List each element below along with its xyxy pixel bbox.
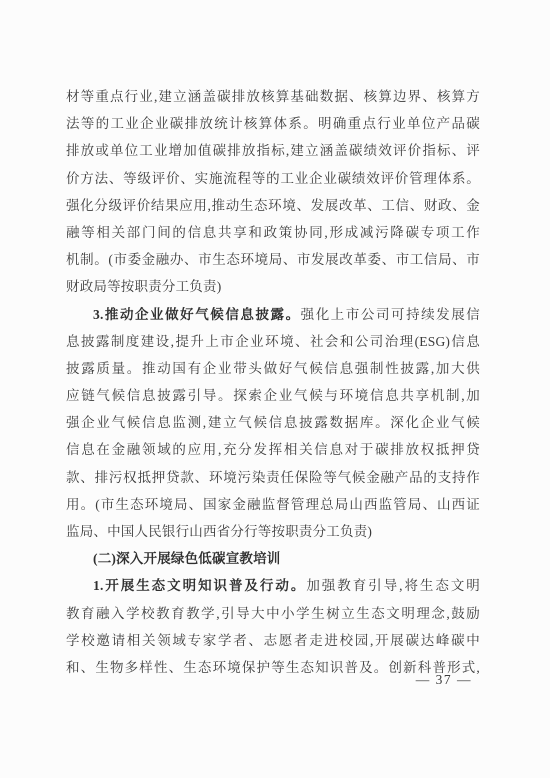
text-line: 信息在金融领域的应用,充分发挥相关信息对于碳排放权抵押贷 [66,436,480,463]
line-text: 监局、中国人民银行山西省分行等按职责分工负责) [66,524,372,539]
line-text: 排放或单位工业增加值碳排放指标,建立涵盖碳绩效评价指标、评 [66,143,480,158]
text-line: 强企业气候信息监测,建立气候信息披露数据库。深化企业气候 [66,409,480,436]
line-text: 材等重点行业,建立涵盖碳排放核算基础数据、核算边界、核算方 [66,89,480,104]
line-text: 款、排污权抵押贷款、环境污染责任保险等气候金融产品的支持作 [66,470,480,485]
section-heading-text: (二)深入开展绿色低碳宣教培训 [93,551,281,566]
text-line: 强化分级评价结果应用,推动生态环境、发展改革、工信、财政、金 [66,192,480,219]
line-text: 应链气候信息披露引导。探索企业气候与环境信息共享机制,加 [66,388,480,403]
line-text: 披露质量。推动国有企业带头做好气候信息强制性披露,加大供 [66,361,480,376]
document-page: 材等重点行业,建立涵盖碳排放核算基础数据、核算边界、核算方 法等的工业企业碳排放… [0,0,550,778]
text-line: 价方法、等级评价、实施流程等的工业企业碳绩效评价管理体系。 [66,165,480,192]
line-text: 用。(市生态环境局、国家金融监督管理总局山西监管局、山西证 [66,497,480,512]
text-line: 3.推动企业做好气候信息披露。强化上市公司可持续发展信 [66,301,480,328]
line-text: 教育融入学校教育教学,引导大中小学生树立生态文明理念,鼓励 [66,606,480,621]
text-line: 用。(市生态环境局、国家金融监督管理总局山西监管局、山西证 [66,491,480,518]
line-text: 融等相关部门间的信息共享和政策协同,形成减污降碳专项工作 [66,225,480,240]
line-text: 息披露制度建设,提升上市企业环境、社会和公司治理(ESG)信息 [66,334,480,349]
paragraph-lead: 1.开展生态文明知识普及行动。 [93,578,306,593]
text-line: 学校邀请相关领域专家学者、志愿者走进校园,开展碳达峰碳中 [66,627,480,654]
line-text: 法等的工业企业碳排放统计核算体系。明确重点行业单位产品碳 [66,116,480,131]
text-line: 监局、中国人民银行山西省分行等按职责分工负责) [66,518,480,545]
line-text: 财政局等按职责分工负责) [66,279,221,294]
line-text: 强化分级评价结果应用,推动生态环境、发展改革、工信、财政、金 [66,198,480,213]
text-line: 法等的工业企业碳排放统计核算体系。明确重点行业单位产品碳 [66,110,480,137]
text-line: 披露质量。推动国有企业带头做好气候信息强制性披露,加大供 [66,355,480,382]
text-line: 机制。(市委金融办、市生态环境局、市发展改革委、市工信局、市 [66,246,480,273]
line-text: 价方法、等级评价、实施流程等的工业企业碳绩效评价管理体系。 [66,171,480,186]
text-line: 1.开展生态文明知识普及行动。加强教育引导,将生态文明 [66,572,480,599]
line-text: 强企业气候信息监测,建立气候信息披露数据库。深化企业气候 [66,415,480,430]
text-line: 排放或单位工业增加值碳排放指标,建立涵盖碳绩效评价指标、评 [66,137,480,164]
line-text: 加强教育引导,将生态文明 [306,578,480,593]
paragraph-lead: 3.推动企业做好气候信息披露。 [93,307,301,322]
line-text: 强化上市公司可持续发展信 [301,307,480,322]
text-content: 材等重点行业,建立涵盖碳排放核算基础数据、核算边界、核算方 法等的工业企业碳排放… [66,83,480,681]
section-heading: (二)深入开展绿色低碳宣教培训 [66,545,480,572]
text-line: 融等相关部门间的信息共享和政策协同,形成减污降碳专项工作 [66,219,480,246]
page-number: — 37 — [416,672,472,688]
text-line: 应链气候信息披露引导。探索企业气候与环境信息共享机制,加 [66,382,480,409]
line-text: 学校邀请相关领域专家学者、志愿者走进校园,开展碳达峰碳中 [66,633,480,648]
text-line: 教育融入学校教育教学,引导大中小学生树立生态文明理念,鼓励 [66,600,480,627]
text-line: 材等重点行业,建立涵盖碳排放核算基础数据、核算边界、核算方 [66,83,480,110]
text-line: 财政局等按职责分工负责) [66,273,480,300]
line-text: 信息在金融领域的应用,充分发挥相关信息对于碳排放权抵押贷 [66,442,480,457]
text-line: 息披露制度建设,提升上市企业环境、社会和公司治理(ESG)信息 [66,328,480,355]
line-text: 机制。(市委金融办、市生态环境局、市发展改革委、市工信局、市 [66,252,480,267]
text-line: 款、排污权抵押贷款、环境污染责任保险等气候金融产品的支持作 [66,464,480,491]
